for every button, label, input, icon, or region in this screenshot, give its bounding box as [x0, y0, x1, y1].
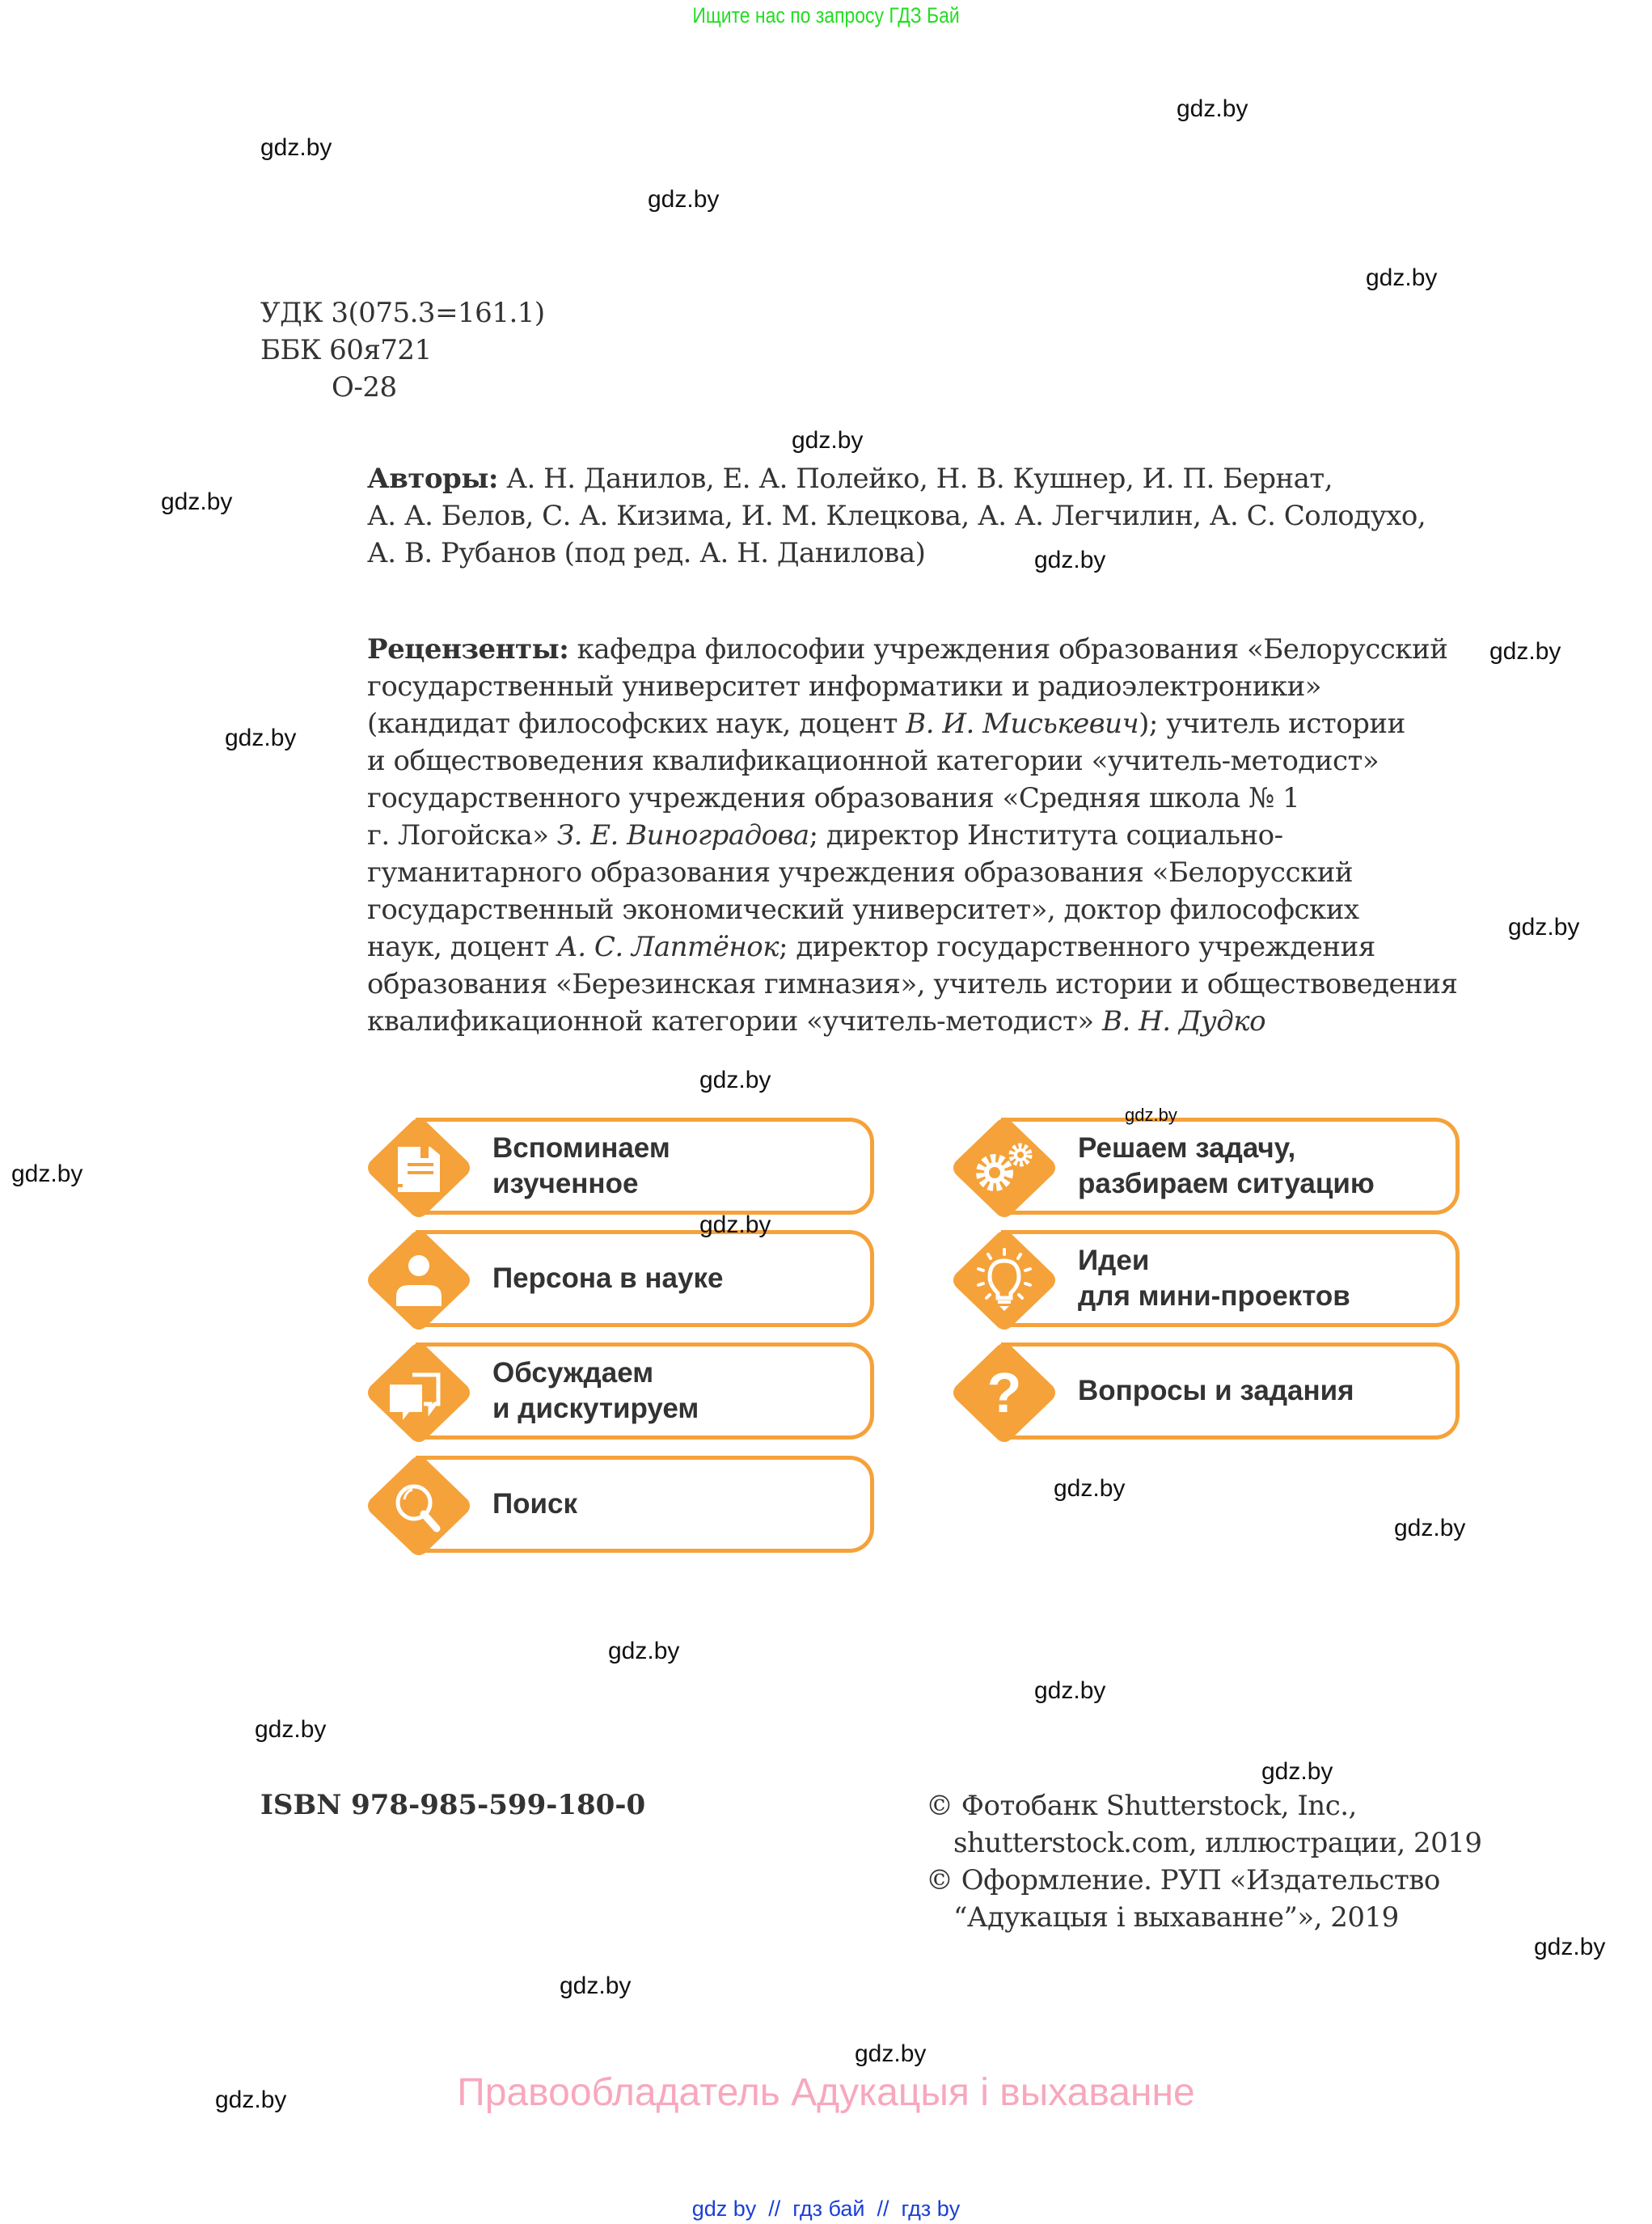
reviewers-line: и обществоведения квалификационной катег… [367, 742, 1457, 780]
text: наук, доцент [367, 931, 557, 963]
reviewer-name: В. И. Миськевич [906, 708, 1139, 740]
reviewers-line: г. Логойска» З. Е. Виноградова; директор… [367, 817, 1457, 854]
legend-item-solve: Решаем задачу,разбираем ситуацию [953, 1118, 1460, 1215]
footer-links[interactable]: gdz by // гдз бай // гдз by [0, 2197, 1652, 2222]
reviewers-line: образования «Березинская гимназия», учит… [367, 966, 1457, 1003]
legend-label: Вспоминаем [492, 1131, 670, 1166]
legend-item-recall: Вспоминаемизученное [367, 1118, 874, 1215]
copyright-line: shutterstock.com, иллюстрации, 2019 [926, 1824, 1482, 1862]
watermark: gdz.by [1366, 266, 1437, 290]
legend-label: Персона в науке [492, 1261, 723, 1296]
reviewers-line: квалификационной категории «учитель-мето… [367, 1003, 1457, 1040]
reviewers-line: кафедра философии учреждения образования… [568, 633, 1447, 666]
legend-item-search: Поиск [367, 1456, 874, 1553]
legend-label: Поиск [492, 1486, 577, 1522]
lightbulb-icon [953, 1230, 1056, 1330]
udk: УДК 3(075.3=161.1) [260, 294, 545, 332]
bbk: ББК 60я721 [260, 332, 545, 369]
reviewer-name: А. С. Лаптёнок [557, 931, 779, 963]
magnifier-icon [367, 1456, 471, 1556]
legend-label: Вопросы и задания [1078, 1373, 1354, 1409]
copyright: © Фотобанк Shutterstock, Inc., shutterst… [926, 1787, 1482, 1936]
isbn: ISBN 978-985-599-180-0 [260, 1789, 645, 1821]
copyright-line: © Оформление. РУП «Издательство [926, 1862, 1482, 1899]
legend-label: Идеи [1078, 1243, 1350, 1279]
watermark: gdz.by [1534, 1935, 1605, 1960]
authors: Авторы: А. Н. Данилов, Е. А. Полейко, Н.… [367, 460, 1426, 572]
legend-item-discuss: Обсуждаеми дискутируем [367, 1342, 874, 1440]
reviewers-line: гуманитарного образования учреждения обр… [367, 854, 1457, 891]
text: ; директор Института социально- [809, 819, 1283, 852]
legend-item-ideas: Идеидля мини-проектов [953, 1230, 1460, 1327]
reviewers-line: государственного учреждения образования … [367, 780, 1457, 817]
authors-line: А. В. Рубанов (под ред. А. Н. Данилова) [367, 535, 1426, 572]
text: г. Логойска» [367, 819, 557, 852]
floppy-disk-icon [367, 1118, 471, 1218]
reviewers-line: государственный экономический университе… [367, 891, 1457, 928]
watermark: gdz.by [699, 1213, 771, 1237]
watermark: gdz.by [699, 1068, 771, 1093]
legend-label: разбираем ситуацию [1078, 1166, 1375, 1202]
legend-item-questions: ? Вопросы и задания [953, 1342, 1460, 1440]
legend-label: Решаем задачу, [1078, 1131, 1375, 1166]
legend-label: для мини-проектов [1078, 1279, 1350, 1314]
watermark: gdz.by [255, 1718, 326, 1742]
reviewer-name: В. Н. Дудко [1102, 1005, 1265, 1038]
watermark: gdz.by [1508, 915, 1579, 940]
watermark: gdz.by [648, 188, 719, 212]
watermark: gdz.by [1489, 640, 1561, 664]
copyright-line: © Фотобанк Shutterstock, Inc., [926, 1787, 1482, 1824]
watermark: gdz.by [1125, 1106, 1177, 1124]
reviewers-label: Рецензенты: [367, 633, 568, 666]
watermark: gdz.by [1177, 97, 1248, 121]
watermark: gdz.by [560, 1974, 631, 1998]
reviewers-line: наук, доцент А. С. Лаптёнок; директор го… [367, 928, 1457, 966]
svg-text:?: ? [987, 1361, 1022, 1424]
watermark: gdz.by [11, 1162, 82, 1186]
watermark: gdz.by [1261, 1760, 1333, 1784]
text: (кандидат философских наук, доцент [367, 708, 906, 740]
legend-label: и дискутируем [492, 1391, 699, 1427]
person-icon [367, 1230, 471, 1330]
speech-bubbles-icon [367, 1342, 471, 1443]
reviewer-name: З. Е. Виноградова [557, 819, 809, 852]
reviewers: Рецензенты: кафедра философии учреждения… [367, 631, 1457, 1040]
search-hint-banner: Ищите нас по запросу ГДЗ Бай [124, 3, 1528, 28]
question-icon: ? [953, 1342, 1056, 1443]
legend-label: Обсуждаем [492, 1355, 699, 1391]
text: ; директор государственного учреждения [779, 931, 1375, 963]
reviewers-line: (кандидат философских наук, доцент В. И.… [367, 705, 1457, 742]
watermark: gdz.by [1054, 1477, 1125, 1501]
legend-label: изученное [492, 1166, 670, 1202]
authors-label: Авторы: [367, 463, 498, 495]
text: квалификационной категории «учитель-мето… [367, 1005, 1102, 1038]
gears-icon [953, 1118, 1056, 1218]
reviewers-line: государственный университет информатики … [367, 668, 1457, 705]
watermark: gdz.by [161, 490, 232, 514]
watermark: gdz.by [260, 136, 332, 160]
author-mark: О-28 [260, 369, 545, 406]
rights-holder-notice: Правообладатель Адукацыя і выхаванне [0, 2070, 1652, 2115]
watermark: gdz.by [225, 726, 296, 750]
text: ); учитель истории [1139, 708, 1405, 740]
watermark: gdz.by [608, 1639, 679, 1664]
authors-line: А. А. Белов, С. А. Кизима, И. М. Клецков… [367, 497, 1426, 535]
authors-line: А. Н. Данилов, Е. А. Полейко, Н. В. Кушн… [498, 463, 1333, 495]
watermark: gdz.by [1394, 1516, 1465, 1541]
watermark: gdz.by [1034, 1679, 1105, 1703]
legend-frame [416, 1456, 874, 1553]
watermark: gdz.by [792, 429, 863, 453]
watermark: gdz.by [855, 2042, 926, 2066]
legend-item-persona: Персона в науке [367, 1230, 874, 1327]
copyright-line: “Адукацыя і выхаванне”», 2019 [926, 1899, 1482, 1936]
classification: УДК 3(075.3=161.1) ББК 60я721 О-28 [260, 294, 545, 406]
